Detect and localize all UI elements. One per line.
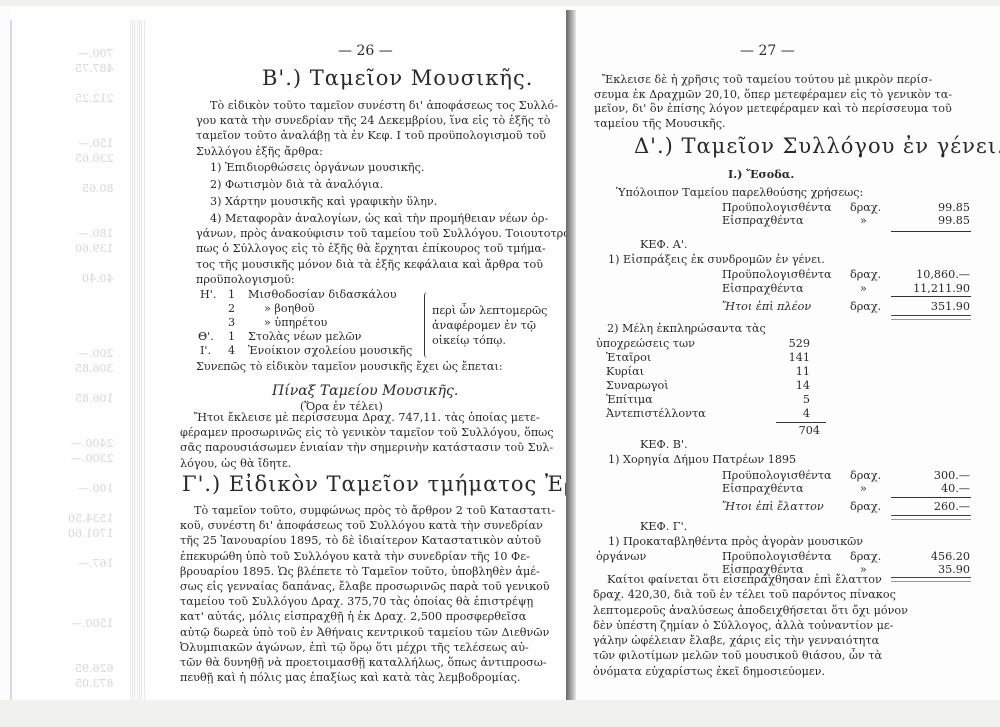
item-label: » βοηθοῦ (264, 302, 315, 315)
collected-amount: 40.— (880, 482, 970, 495)
text-line: βρουαρίου 1895. Ὡς βλέπετε τὸ Ταμεῖον το… (180, 564, 552, 579)
budgeted-amount: 300.— (880, 469, 970, 482)
item-label: » ὑπηρέτου (264, 316, 327, 329)
text-line: Τὸ ταμεῖον τοῦτο, συμφώνως πρὸς τὸ ἄρθρο… (180, 503, 552, 518)
text-line: Συλλόγου ἑξῆς ἄρθρα: (196, 144, 552, 159)
right-intro: Ἔκλεισε δὲ ἡ χρῆσις τοῦ ταμείου τούτου μ… (594, 73, 970, 131)
member-category: Ἀντεπιστέλλοντα (606, 407, 706, 420)
text-line: ὀνόματα εὐχαρίστως ἐκεῖ δημοσιεύομεν. (593, 664, 905, 679)
scanned-spread: 700.— 487.75 212.25 150.— 230.65 80.65 1… (0, 0, 1000, 727)
text-line: μεῖον, δι' ὃν ἐπίσης λόγον μετεφέραμεν κ… (594, 102, 970, 117)
currency-unit: δραχ. (850, 300, 881, 313)
text-line: τος τῆς μουσικῆς μόνον διὰ τὰ ἑξῆς κεφάλ… (196, 257, 552, 272)
section-g-body: Τὸ ταμεῖον τοῦτο, συμφώνως πρὸς τὸ ἄρθρο… (180, 503, 552, 685)
page-number-26: — 26 — (338, 43, 393, 59)
budgeted-amount: 456.20 (880, 550, 970, 563)
page-number-27: — 27 — (740, 43, 795, 59)
scan-bottom-edge (0, 700, 1000, 727)
text-line: τῶν φιλοτίμων μελῶν τοῦ μουσικοῦ θιάσου,… (593, 648, 905, 663)
budgeted-amount: 99.85 (890, 201, 970, 214)
text-line: δραχ. 420,30, διὰ τοῦ ἐν τέλει τοῦ παρόν… (593, 587, 905, 602)
text-line: ταμείου τῆς Μουσικῆς. (594, 117, 970, 132)
text-line: Ἤτοι ἔκλεισε μὲ περίσσευμα Δραχ. 747,11.… (180, 410, 552, 425)
text-line: κοῦ, συνέστη δι' ἀποφάσεως τοῦ Συλλόγου … (180, 518, 552, 533)
item-label: Στολὰς νέων μελῶν (248, 330, 361, 343)
chapter-b-item1: 1) Χορηγία Δήμου Πατρέων 1895 (608, 453, 796, 466)
consequently-line: Συνεπῶς τὸ εἰδικὸν ταμεῖον μουσικῆς ἔχει… (196, 360, 503, 373)
ditto-mark: » (860, 482, 867, 495)
text-line: σᾶς παρουσιάσωμεν ἑνιαίαν τὴν σημερινὴν … (180, 440, 552, 455)
collected-amount: 99.85 (890, 214, 970, 227)
member-category: Ἑταῖροι (606, 351, 651, 364)
member-category: Συναρωγοὶ (606, 379, 669, 392)
chapter-a-heading: ΚΕΦ. Α'. (640, 238, 688, 251)
text-line: σως εἰς γενναίας δαπάνας, ἔλαβε προσωριν… (180, 579, 552, 594)
text-line: γου κατὰ τὴν συνεδρίαν τῆς 24 Δεκεμβρίου… (196, 113, 552, 128)
sum-rule (891, 296, 971, 297)
text-line: ἀναφέρομεν ἐν τῷ (432, 318, 552, 333)
budgeted-label: Προϋπολογισθέντα (722, 268, 832, 281)
budgeted-amount: 10,860.— (880, 268, 970, 281)
collected-label: Εἰσπραχθέντα (722, 482, 804, 495)
text-line: οἰκείῳ τόπῳ. (432, 333, 552, 348)
budgeted-label: Προϋπολογισθέντα (722, 469, 832, 482)
currency-unit: δραχ. (850, 500, 881, 513)
scan-top-edge (0, 0, 1000, 6)
text-line: ταμείου τοῦ Συλλόγου Δραχ. 375,70 τὰς ὁπ… (180, 594, 552, 609)
text-line: τῶν θὰ δυνηθῇ νὰ προετοιμασθῇ καταλλήλως… (180, 655, 552, 670)
chapter-b-heading: ΚΕΦ. Β'. (640, 438, 688, 451)
text-line: Ὀλυμπιακῶν ἀγώνων, ἐπὶ τῷ ὅρῳ ὅτι μέχρι … (180, 640, 552, 655)
text-line: γάνων, πρὸς ἀνακούφισιν τοῦ ταμείου τοῦ … (196, 226, 552, 241)
ditto-mark: » (860, 214, 867, 227)
collected-label: Εἰσπραχθέντα (722, 214, 804, 227)
text-line: σευμα ἐκ Δραχμῶν 20,10, ὅπερ μετεφέραμεν… (594, 88, 970, 103)
article-item: 3) Χάρτην μουσικῆς καὶ γραφικὴν ὕλην. (210, 193, 550, 210)
member-count: 14 (760, 379, 810, 392)
member-count: 529 (760, 337, 810, 350)
right-closing: Καίτοι φαίνεται ὅτι εἰσεπράχθησαν ἐπὶ ἔλ… (593, 572, 905, 679)
text-line: ἐπεκυρώθη ὑπὸ τοῦ Συλλόγου κατὰ τὴν συνε… (180, 549, 552, 564)
item-label: Ἐνοίκιον σχολείου μουσικῆς (248, 344, 412, 357)
sum-rule (891, 231, 971, 232)
ditto-mark: » (860, 282, 867, 295)
chapter-g-item1: 1) Προκαταβληθέντα πρὸς ἀγορὰν μουσικῶν (608, 535, 863, 548)
member-count: 4 (760, 407, 810, 420)
article-number: 1 (228, 288, 235, 301)
member-category: ὑποχρεώσεις των (596, 337, 695, 350)
section-b-articles: 1) Ἐπιδιορθώσεις ὀργάνων μουσικῆς. 2) Φω… (210, 159, 550, 210)
section-b-closing: Ἤτοι ἔκλεισε μὲ περίσσευμα Δραχ. 747,11.… (180, 410, 552, 471)
scanner-artifact-stripes (130, 20, 146, 700)
member-count: 141 (760, 351, 810, 364)
bleed-through-numbers: 700.— 487.75 212.25 150.— 230.65 80.65 1… (68, 46, 114, 691)
article-item: 1) Ἐπιδιορθώσεις ὀργάνων μουσικῆς. (210, 159, 550, 176)
chapter-label: Θ'. (198, 330, 214, 343)
left-page-edge (10, 20, 12, 700)
text-line: περὶ ὧν λεπτομερῶς (432, 303, 552, 318)
article-number: 2 (228, 302, 235, 315)
text-line: Τὸ εἰδικὸν τοῦτο ταμεῖον συνέστη δι' ἀπο… (196, 98, 552, 113)
text-line: γάλην ὠφέλειαν ἔλαβε, χάρις εἰς τὴν γενν… (593, 633, 905, 648)
result-label: Ἤτοι ἐπὶ πλέον (722, 300, 811, 313)
section-b-intro: Τὸ εἰδικὸν τοῦτο ταμεῖον συνέστη δι' ἀπο… (196, 98, 552, 159)
text-line: πευθῇ καὶ ἡ πόλις μας ἐπαξίως καὶ κατὰ τ… (180, 670, 552, 685)
article-number: 1 (228, 330, 235, 343)
table-title: Πίναξ Ταμείου Μουσικῆς. (272, 383, 458, 399)
text-line: πως ὁ Σύλλογος εἰς τὸ ἑξῆς θὰ ἔρχηται ἐπ… (196, 241, 552, 256)
brace-note: περὶ ὧν λεπτομερῶς ἀναφέρομεν ἐν τῷ οἰκε… (432, 303, 552, 349)
item-label: Μισθοδοσίαν διδασκάλου (248, 288, 397, 301)
sum-rule (776, 422, 826, 423)
article-item: 2) Φωτισμὸν διὰ τὰ ἀναλόγια. (210, 176, 550, 193)
member-category: Κυρίαι (606, 365, 644, 378)
section-b-para4: 4) Μεταφορὰν ἀναλογίων, ὡς καὶ τὴν προμή… (196, 211, 552, 287)
budgeted-label: Προϋπολογισθέντα (722, 201, 832, 214)
currency-unit: δραχ. (850, 201, 881, 214)
double-rule (891, 315, 971, 320)
chapter-a-item1: 1) Εἰσπράξεις ἐκ συνδρομῶν ἐν γένει. (608, 253, 825, 266)
text-line: Καίτοι φαίνεται ὅτι εἰσεπράχθησαν ἐπὶ ἔλ… (593, 572, 905, 587)
income-subheading: Ι.) Ἔσοδα. (728, 167, 794, 181)
text-line: φέραμεν προσωρινῶς εἰς τὸ γενικὸν ταμεῖο… (180, 425, 552, 440)
section-b-heading: Β'.) Ταμεῖον Μουσικῆς. (262, 66, 533, 90)
text-line: λεπτομεροῦς ἀναλύσεως ἀποδειχθήσεται ὅτι… (593, 603, 905, 618)
chapter-label: Ι'. (200, 344, 211, 357)
result-amount: 260.— (880, 500, 970, 513)
text-line: ταμεῖον τοῦτο ἀναλάβῃ τὰ ἐν Κεφ. Ι τοῦ π… (196, 128, 552, 143)
collected-amount: 11,211.90 (880, 282, 970, 295)
currency-unit: δραχ. (850, 469, 881, 482)
budgeted-label: Προϋπολογισθέντα (722, 550, 832, 563)
article-number: 3 (228, 316, 235, 329)
currency-unit: δραχ. (850, 268, 881, 281)
text-line: τῆς 25 Ἰανουαρίου 1895, τὸ δὲ ἰδιαίτερον… (180, 533, 552, 548)
member-count: 11 (760, 365, 810, 378)
book-binding-shadow (566, 10, 576, 700)
chapter-label: Η'. (200, 288, 216, 301)
result-label: Ἤτοι ἐπὶ ἔλαττον (722, 500, 824, 513)
text-line: δὲν ὑπέστη ζημίαν ὁ Σύλλογος, ἀλλὰ τοὐνα… (593, 618, 905, 633)
chapter-a-item2: 2) Μέλη ἐκπληρώσαντα τὰς (607, 322, 766, 335)
text-line: Ἔκλεισε δὲ ἡ χρῆσις τοῦ ταμείου τούτου μ… (594, 73, 970, 88)
collected-label: Εἰσπραχθέντα (722, 282, 804, 295)
member-count: 5 (760, 393, 810, 406)
chapter-g-heading: ΚΕΦ. Γ'. (640, 520, 687, 533)
member-category: Ἐπίτιμα (606, 393, 653, 406)
text-line: λόγου, ὡς θὰ ἴδητε. (180, 456, 552, 471)
article-number: 4 (228, 344, 235, 357)
text-line: προϋπολογισμοῦ: (196, 272, 552, 287)
sum-rule (891, 497, 971, 498)
section-d-heading: Δ'.) Ταμεῖον Συλλόγου ἐν γένει. (634, 134, 1000, 158)
text-line: αὐτῷ δωρεὰ ὑπὸ τοῦ ἐν Ἀθήναις κεντρικοῦ … (180, 625, 552, 640)
result-amount: 351.90 (880, 300, 970, 313)
chapter-g-item1-cont: ὀργάνων (596, 550, 646, 563)
prior-balance-label: Ὑπόλοιπον Ταμείου παρελθούσης χρήσεως: (616, 186, 863, 199)
text-line: 4) Μεταφορὰν ἀναλογίων, ὡς καὶ τὴν προμή… (196, 211, 552, 226)
members-total: 704 (770, 424, 820, 437)
currency-unit: δραχ. (850, 550, 881, 563)
text-line: κατ' αὐτάς, μόλις εἰσπραχθῇ ἡ ἐκ Δραχ. 2… (180, 609, 552, 624)
curly-brace (424, 292, 431, 358)
double-rule (891, 515, 971, 520)
